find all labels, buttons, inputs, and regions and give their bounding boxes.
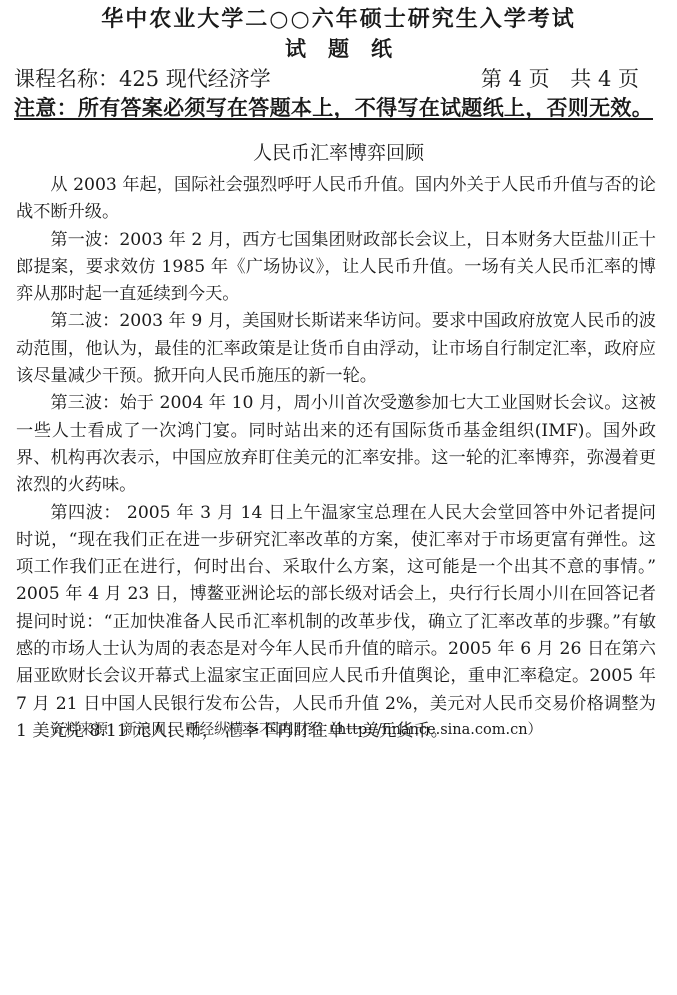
exam-subtitle: 试题纸 (0, 33, 677, 63)
exam-title: 华中农业大学二○○六年硕士研究生入学考试 (0, 2, 677, 33)
page-total: 共 4 页 (570, 67, 639, 91)
course-info-row: 课程名称：425 现代经济学 第 4 页 共 4 页 (14, 63, 659, 91)
article-body: 从 2003 年起，国际社会强烈呼吁人民币升值。国内外关于人民币升值与否的论战不… (16, 172, 656, 745)
page-current: 第 4 页 (481, 67, 550, 91)
article-paragraph: 第三波：始于 2004 年 10 月，周小川首次受邀参加七大工业国财长会议。这被… (16, 390, 656, 499)
course-name: 课程名称：425 现代经济学 (14, 63, 271, 93)
page-number: 第 4 页 共 4 页 (467, 63, 639, 93)
article-paragraph: 第二波：2003 年 9 月，美国财长斯诺来华访问。要求中国政府放宽人民币的波动… (16, 308, 656, 390)
article-paragraph: 从 2003 年起，国际社会强烈呼吁人民币升值。国内外关于人民币升值与否的论战不… (16, 172, 656, 227)
article-heading: 人民币汇率博弈回顾 (0, 138, 677, 165)
exam-page: 华中农业大学二○○六年硕士研究生入学考试 试题纸 课程名称：425 现代经济学 … (0, 0, 677, 995)
article-paragraph: 第一波：2003 年 2 月，西方七国集团财政部长会议上，日本财务大臣盐川正十郎… (16, 227, 656, 309)
exam-notice: 注意：所有答案必须写在答题本上，不得写在试题纸上，否则无效。 (14, 92, 653, 122)
article-source: 资料来源：新浪网： 财经纵横 > 国内财经（http://finance.sin… (50, 718, 542, 739)
article-paragraph: 第四波： 2005 年 3 月 14 日上午温家宝总理在人民大会堂回答中外记者提… (16, 500, 656, 746)
